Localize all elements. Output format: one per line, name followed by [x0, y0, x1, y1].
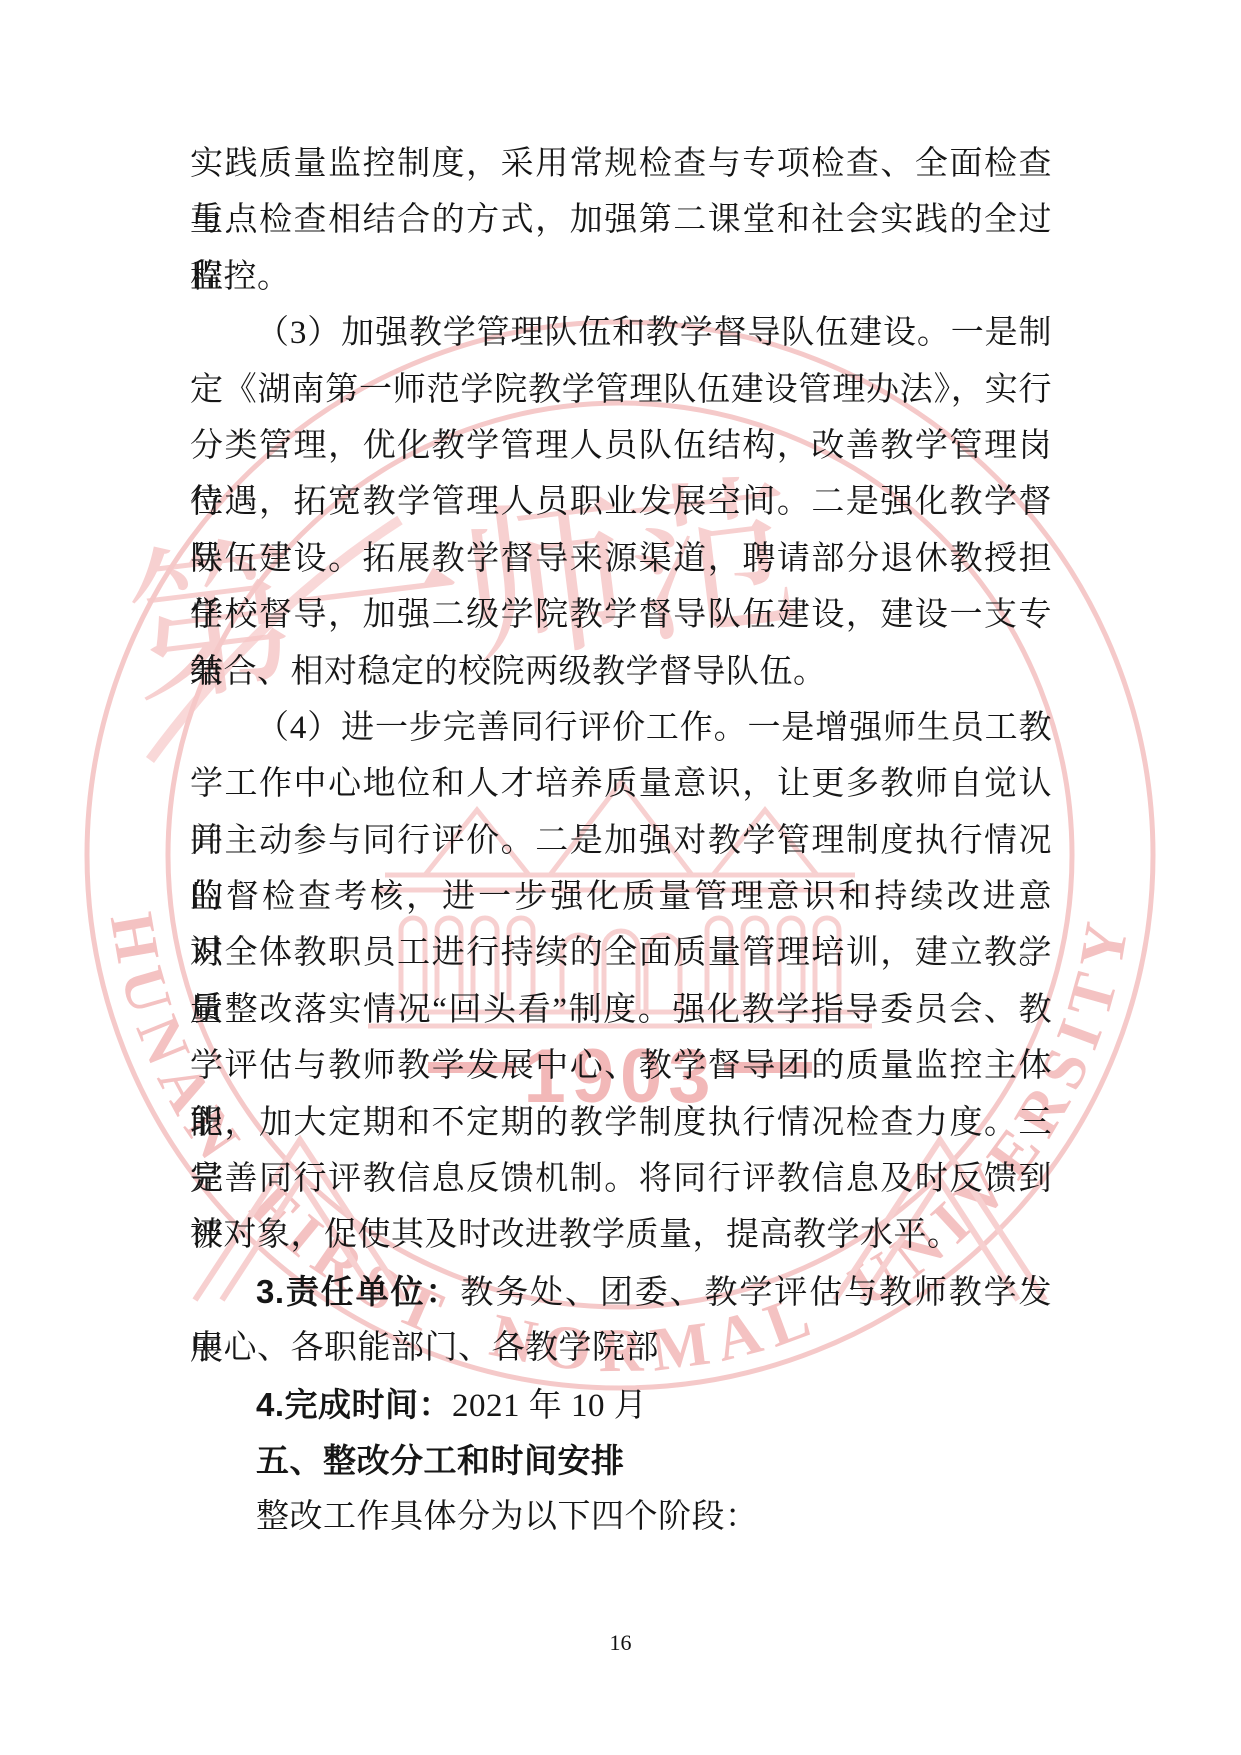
- text-run: 监控。: [190, 259, 291, 295]
- text-line-10: 结合、相对稳定的校院两级教学督导队伍。: [190, 644, 1052, 700]
- text-line-21: 3.责任单位：教务处、团委、教学评估与教师教学发展: [190, 1264, 1052, 1320]
- text-run: 评对象，促使其及时改进教学质量，提高教学水平。: [190, 1217, 961, 1253]
- text-line-18: 能，加大定期和不定期的教学制度执行情况检查力度。三是: [190, 1095, 1052, 1151]
- text-line-12: 学工作中心地位和人才培养质量意识，让更多教师自觉认同: [190, 756, 1052, 812]
- bold-label: 五、整改分工和时间安排: [256, 1442, 625, 1479]
- text-line-8: 队伍建设。拓展教学督导来源渠道，聘请部分退休教授担任: [190, 531, 1052, 587]
- text-run: 2021 年 10 月: [452, 1388, 647, 1424]
- text-line-2: 重点检查相结合的方式，加强第二课堂和社会实践的全过程: [190, 192, 1052, 248]
- text-line-24: 五、整改分工和时间安排: [190, 1433, 1052, 1489]
- text-line-22: 中心、各职能部门、各教学院部: [190, 1320, 1052, 1376]
- text-line-17: 学评估与教师教学发展中心、教学督导团的质量监控主体职: [190, 1038, 1052, 1094]
- bold-label: 4.完成时间：: [256, 1386, 452, 1423]
- text-line-25: 整改工作具体分为以下四个阶段：: [190, 1489, 1052, 1545]
- text-line-7: 待遇，拓宽教学管理人员职业发展空间。二是强化教学督导: [190, 474, 1052, 530]
- body-text: 实践质量监控制度，采用常规检查与专项检查、全面检查与重点检查相结合的方式，加强第…: [190, 136, 1052, 1546]
- text-run: 中心、各职能部门、各教学院部: [190, 1330, 659, 1366]
- document-page: HUNAN FIRST NORMAL UNIVERSITY 第一师范: [0, 0, 1241, 1755]
- text-line-1: 实践质量监控制度，采用常规检查与专项检查、全面检查与: [190, 136, 1052, 192]
- text-line-14: 监督检查考核，进一步强化质量管理意识和持续改进意识。: [190, 869, 1052, 925]
- text-run: 整改工作具体分为以下四个阶段：: [256, 1499, 759, 1535]
- text-line-13: 并主动参与同行评价。二是加强对教学管理制度执行情况的: [190, 813, 1052, 869]
- bold-label: 3.责任单位：: [256, 1273, 460, 1310]
- text-run: 结合、相对稳定的校院两级教学督导队伍。: [190, 654, 827, 690]
- text-line-9: 学校督导，加强二级学院教学督导队伍建设，建设一支专兼: [190, 587, 1052, 643]
- page-number: 16: [610, 1630, 632, 1655]
- text-line-23: 4.完成时间：2021 年 10 月: [190, 1377, 1052, 1433]
- text-line-15: 对全体教职员工进行持续的全面质量管理培训，建立教学质: [190, 925, 1052, 981]
- text-line-20: 评对象，促使其及时改进教学质量，提高教学水平。: [190, 1207, 1052, 1263]
- text-line-5: 定《湖南第一师范学院教学管理队伍建设管理办法》，实行: [190, 362, 1052, 418]
- text-line-6: 分类管理，优化教学管理人员队伍结构，改善教学管理岗位: [190, 418, 1052, 474]
- text-line-3: 监控。: [190, 249, 1052, 305]
- text-run: 量整改落实情况“回头看”制度。强化教学指导委员会、教: [190, 992, 1052, 1028]
- text-run: （4）进一步完善同行评价工作。一是增强师生员工教: [256, 710, 1052, 746]
- text-run: （3）加强教学管理队伍和教学督导队伍建设。一是制: [256, 315, 1052, 351]
- page-footer: 16: [0, 1630, 1241, 1656]
- text-line-4: （3）加强教学管理队伍和教学督导队伍建设。一是制: [190, 305, 1052, 361]
- text-line-19: 完善同行评教信息反馈机制。将同行评教信息及时反馈到被: [190, 1151, 1052, 1207]
- text-run: 定《湖南第一师范学院教学管理队伍建设管理办法》，实行: [190, 372, 1052, 408]
- text-line-11: （4）进一步完善同行评价工作。一是增强师生员工教: [190, 700, 1052, 756]
- text-line-16: 量整改落实情况“回头看”制度。强化教学指导委员会、教: [190, 982, 1052, 1038]
